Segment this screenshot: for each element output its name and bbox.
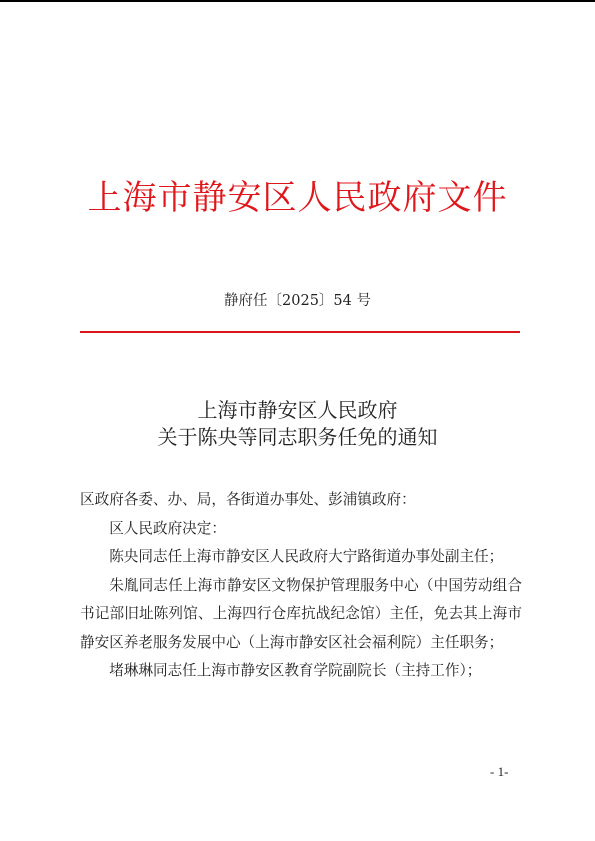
salutation: 区政府各委、办、局，各街道办事处、彭浦镇政府：: [80, 486, 522, 515]
document-number: 静府任〔2025〕54 号: [0, 289, 595, 310]
page-top-border: [0, 0, 595, 2]
notice-title-line-1: 上海市静安区人民政府: [0, 397, 595, 424]
notice-body: 区政府各委、办、局，各街道办事处、彭浦镇政府： 区人民政府决定： 陈央同志任上海…: [80, 486, 522, 686]
notice-title: 上海市静安区人民政府 关于陈央等同志职务任免的通知: [0, 397, 595, 451]
body-paragraph: 陈央同志任上海市静安区人民政府大宁路街道办事处副主任；: [80, 543, 522, 572]
page-number: - 1-: [490, 764, 508, 780]
body-paragraph: 区人民政府决定：: [80, 515, 522, 544]
body-paragraph: 朱胤同志任上海市静安区文物保护管理服务中心（中国劳动组合书记部旧址陈列馆、上海四…: [80, 572, 522, 658]
notice-title-line-2: 关于陈央等同志职务任免的通知: [0, 424, 595, 451]
body-paragraph: 堵琳琳同志任上海市静安区教育学院副院长（主持工作）；: [80, 657, 522, 686]
document-header-title: 上海市静安区人民政府文件: [0, 170, 595, 219]
red-separator-rule: [80, 331, 520, 333]
